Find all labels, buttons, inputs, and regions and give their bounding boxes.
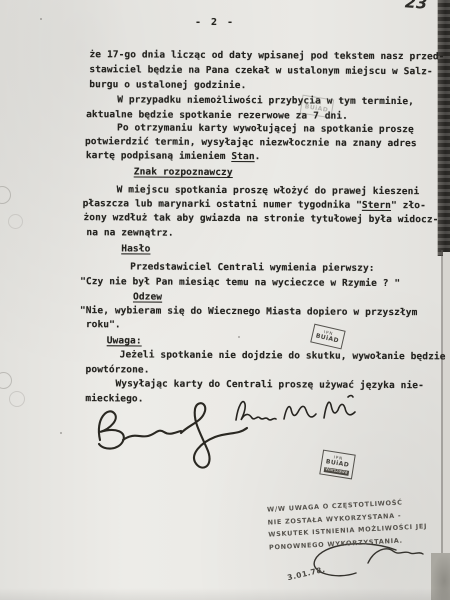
- document-line: W miejscu spotkania proszę włożyć do pra…: [117, 184, 420, 197]
- document-line: powtórzone.: [86, 364, 150, 375]
- document-line: na na zewnątrz.: [86, 227, 173, 239]
- document-line: płaszcza lub marynarki ostatni numer tyg…: [83, 198, 426, 211]
- document-line: W przypadku niemożliwości przybycia w ty…: [117, 94, 414, 107]
- document-line: "Czy nie był Pan miesiąc temu na wyciecz…: [80, 276, 400, 289]
- document-line: "Nie, wybieram się do Wiecznego Miasta d…: [80, 305, 418, 318]
- document-line: Hasło: [121, 243, 150, 254]
- document-line: Odzew: [133, 291, 162, 302]
- document-line: burgu o ustalonej godzinie.: [89, 79, 246, 91]
- handwritten-note: W/W UWAGA O CZĘSTOTLIWOŚĆNIE ZOSTAŁA WYK…: [267, 496, 444, 555]
- signature-right-handwritten: [228, 390, 360, 430]
- document-line: kartę podpisaną imieniem Stan.: [86, 150, 261, 162]
- scanned-document-page: 23 - 2 - że 17-go dnia licząc od daty wp…: [0, 0, 450, 600]
- document-line: Znak rozpoznawczy: [134, 166, 233, 178]
- document-line: roku".: [86, 319, 121, 330]
- document-line: żony wzdłuż tak aby gwiazda na stronie t…: [83, 212, 438, 225]
- document-line: Uwaga:: [107, 335, 142, 346]
- document-line: potwierdzić termin, wysyłając niezwłoczn…: [85, 136, 417, 149]
- document-line: Jeżeli spotkanie nie dojdzie do skutku, …: [120, 349, 446, 362]
- document-line: że 17-go dnia licząc od daty wpisanej po…: [89, 49, 444, 62]
- ipn-stamp-bottom: IPN BUiAD Warszawa: [319, 450, 355, 480]
- document-line: Przedstawiciel Centrali wymienia pierwsz…: [130, 261, 374, 273]
- document-line: stawiciel będzie na Pana czekał w ustalo…: [89, 64, 432, 77]
- document-line: Po otrzymaniu karty wywołującej na spotk…: [117, 122, 414, 135]
